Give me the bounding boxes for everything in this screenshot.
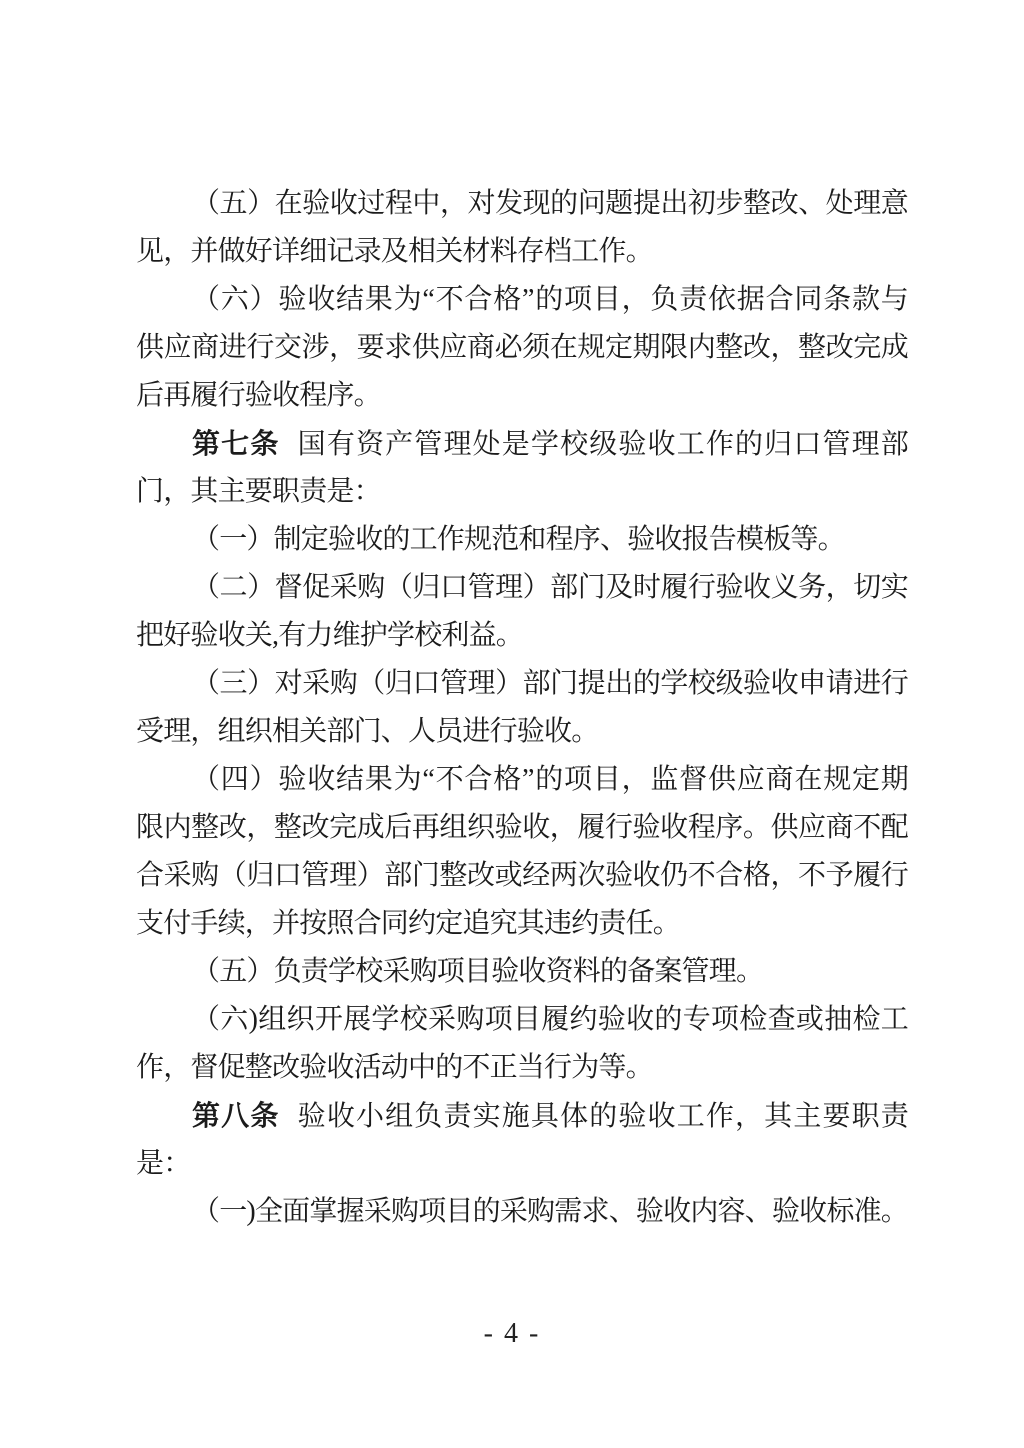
text-line: （三）对采购（归口管理）部门提出的学校级验收申请进行 (136, 660, 908, 708)
line-text: 门，其主要职责是： (136, 476, 381, 507)
line-text: 受理，组织相关部门、人员进行验收。 (136, 716, 598, 747)
text-line: 受理，组织相关部门、人员进行验收。 (136, 708, 908, 756)
line-text: （一）制定验收的工作规范和程序、验收报告模板等。 (192, 524, 845, 555)
text-line: 作，督促整改验收活动中的不正当行为等。 (136, 1044, 908, 1092)
text-line: 第八条验收小组负责实施具体的验收工作，其主要职责 (136, 1092, 908, 1140)
document-page: { "document": { "lines": [ { "text": "（五… (0, 0, 1024, 1448)
line-text: 后再履行验收程序。 (136, 380, 381, 411)
line-text: 合采购（归口管理）部门整改或经两次验收仍不合格，不予履行 (136, 860, 908, 891)
text-line: 是： (136, 1140, 908, 1188)
text-line: （一)全面掌握采购项目的采购需求、验收内容、验收标准。 (136, 1188, 908, 1236)
text-line: （四）验收结果为“不合格”的项目，监督供应商在规定期 (136, 756, 908, 804)
line-text: （一)全面掌握采购项目的采购需求、验收内容、验收标准。 (192, 1196, 908, 1227)
line-text: 供应商进行交涉，要求供应商必须在规定期限内整改，整改完成 (136, 332, 908, 363)
text-line: 门，其主要职责是： (136, 468, 908, 516)
page-footer: - 4 - (0, 1318, 1024, 1350)
line-text: （四）验收结果为“不合格”的项目，监督供应商在规定期 (192, 764, 908, 795)
text-line: 第七条国有资产管理处是学校级验收工作的归口管理部 (136, 420, 908, 468)
text-line: （五）负责学校采购项目验收资料的备案管理。 (136, 948, 908, 996)
text-line: 支付手续，并按照合同约定追究其违约责任。 (136, 900, 908, 948)
text-line: （六）验收结果为“不合格”的项目，负责依据合同条款与 (136, 276, 908, 324)
line-text: 支付手续，并按照合同约定追究其违约责任。 (136, 908, 680, 939)
text-line: （一）制定验收的工作规范和程序、验收报告模板等。 (136, 516, 908, 564)
line-text: 把好验收关,有力维护学校利益。 (136, 620, 523, 651)
line-text: （三）对采购（归口管理）部门提出的学校级验收申请进行 (192, 668, 908, 699)
text-line: 合采购（归口管理）部门整改或经两次验收仍不合格，不予履行 (136, 852, 908, 900)
text-line: （六)组织开展学校采购项目履约验收的专项检查或抽检工 (136, 996, 908, 1044)
line-text: （五）负责学校采购项目验收资料的备案管理。 (192, 956, 763, 987)
text-line: （二）督促采购（归口管理）部门及时履行验收义务，切实 (136, 564, 908, 612)
article-number: 第七条 (192, 428, 279, 459)
text-line: 供应商进行交涉，要求供应商必须在规定期限内整改，整改完成 (136, 324, 908, 372)
line-text: 见，并做好详细记录及相关材料存档工作。 (136, 236, 653, 267)
text-line: 见，并做好详细记录及相关材料存档工作。 (136, 228, 908, 276)
article-number: 第八条 (192, 1100, 279, 1131)
text-block: （五）在验收过程中，对发现的问题提出初步整改、处理意见，并做好详细记录及相关材料… (136, 180, 908, 1236)
text-line: （五）在验收过程中，对发现的问题提出初步整改、处理意 (136, 180, 908, 228)
text-line: 后再履行验收程序。 (136, 372, 908, 420)
line-text: （六）验收结果为“不合格”的项目，负责依据合同条款与 (192, 284, 908, 315)
line-text: 是： (136, 1148, 190, 1179)
line-text: 作，督促整改验收活动中的不正当行为等。 (136, 1052, 653, 1083)
line-text: （二）督促采购（归口管理）部门及时履行验收义务，切实 (192, 572, 908, 603)
line-text: 国有资产管理处是学校级验收工作的归口管理部 (298, 429, 908, 460)
page: （五）在验收过程中，对发现的问题提出初步整改、处理意见，并做好详细记录及相关材料… (0, 0, 1024, 1448)
line-text: （六)组织开展学校采购项目履约验收的专项检查或抽检工 (192, 1004, 908, 1035)
line-text: 限内整改，整改完成后再组织验收，履行验收程序。供应商不配 (136, 812, 908, 843)
line-text: 验收小组负责实施具体的验收工作，其主要职责 (298, 1101, 908, 1132)
text-line: 限内整改，整改完成后再组织验收，履行验收程序。供应商不配 (136, 804, 908, 852)
page-number: - 4 - (484, 1318, 541, 1349)
line-text: （五）在验收过程中，对发现的问题提出初步整改、处理意 (192, 188, 908, 219)
text-line: 把好验收关,有力维护学校利益。 (136, 612, 908, 660)
